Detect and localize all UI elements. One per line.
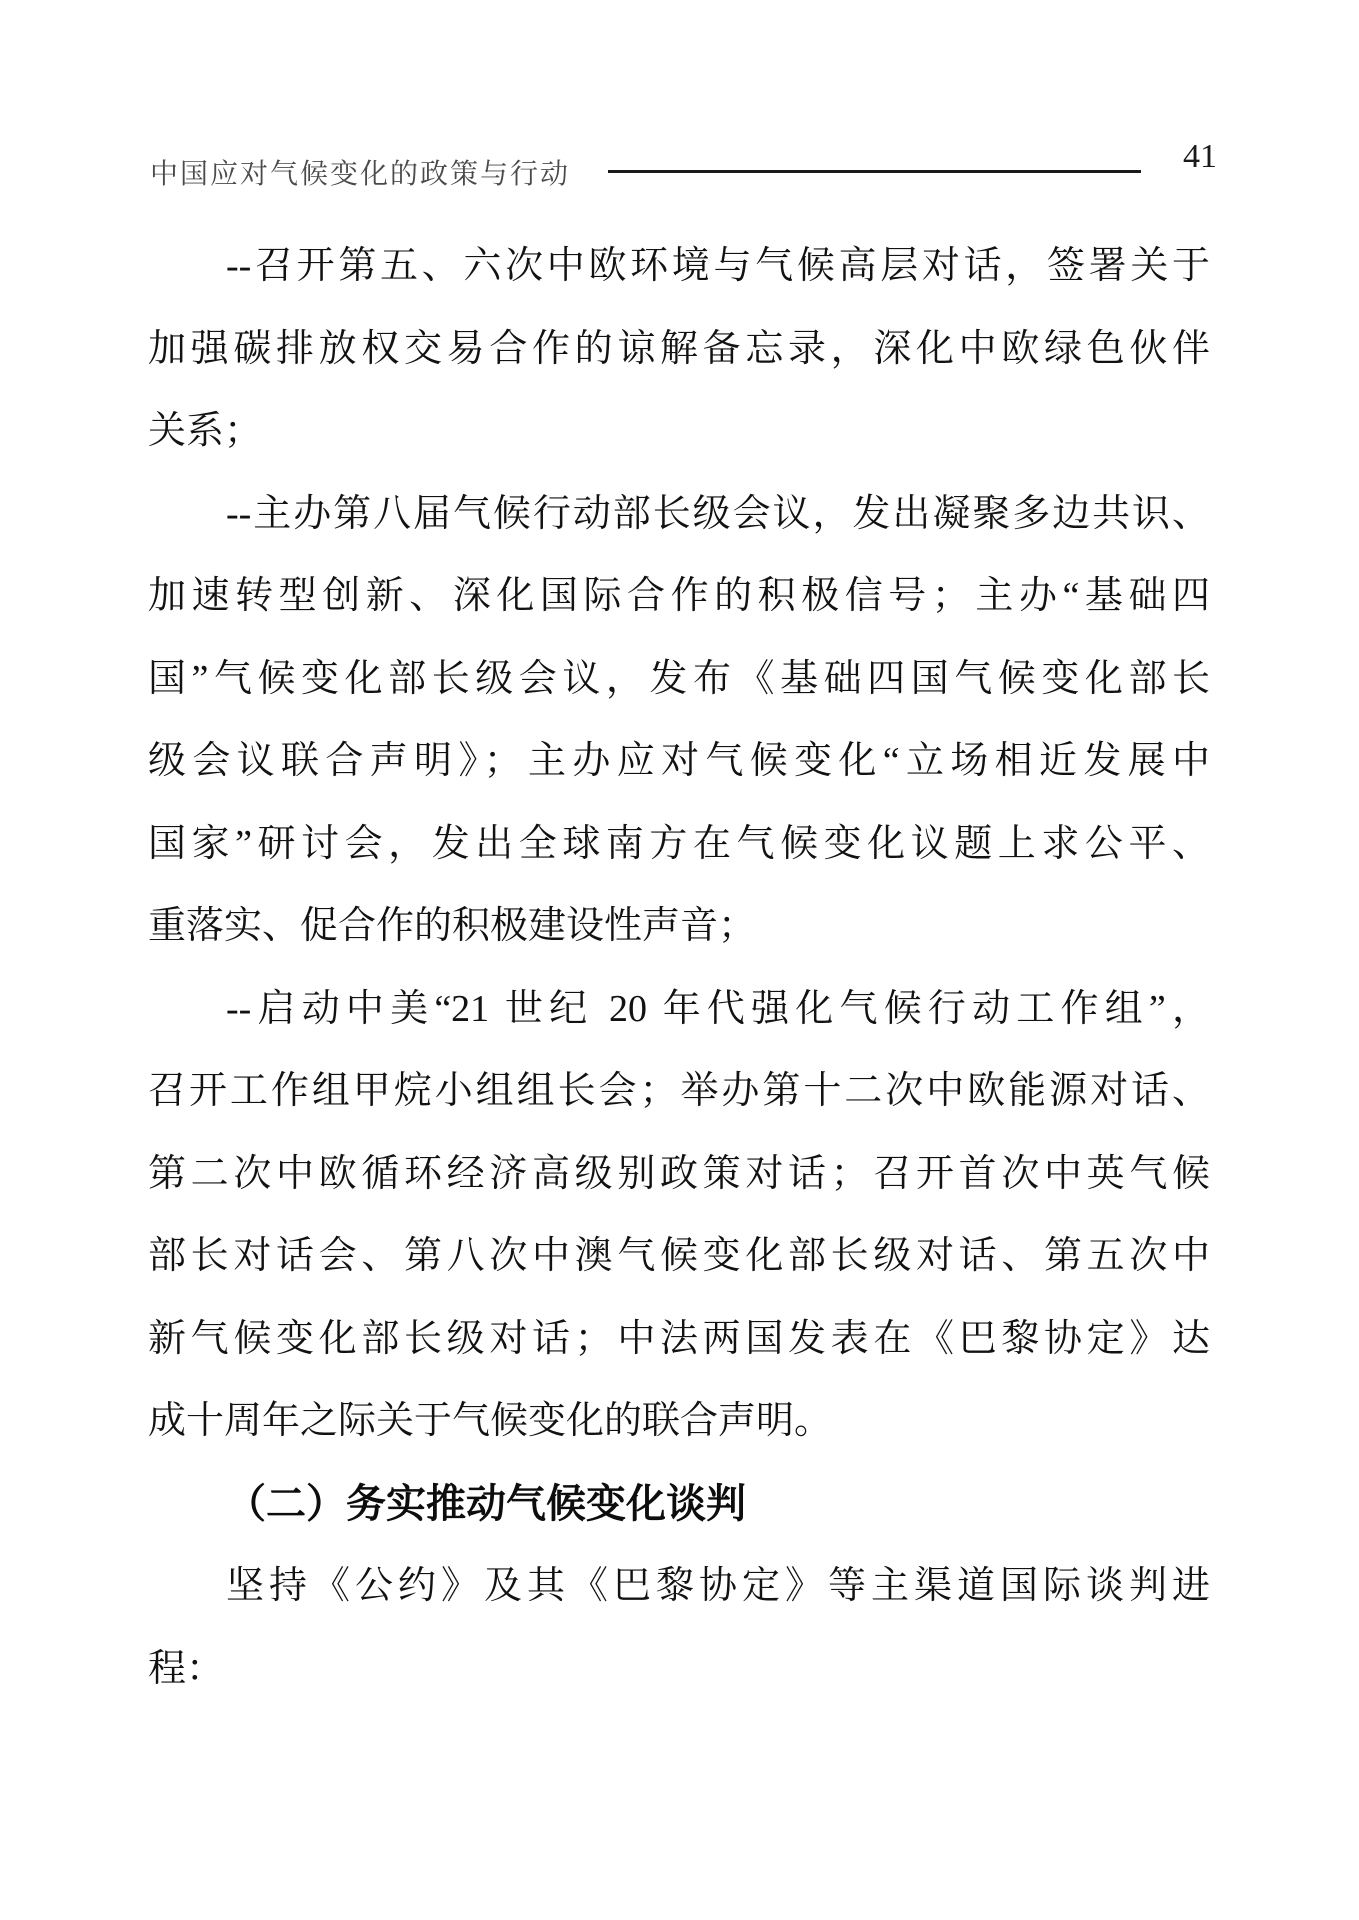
body-line: 加速转型创新、深化国际合作的积极信号；主办“基础四 bbox=[148, 555, 1210, 638]
body-line: 国”气候变化部长级会议，发布《基础四国气候变化部长 bbox=[148, 638, 1210, 721]
body-line: 程： bbox=[148, 1628, 1210, 1711]
body-line: 新气候变化部长级对话；中法两国发表在《巴黎协定》达 bbox=[148, 1298, 1210, 1381]
page-header: 中国应对气候变化的政策与行动 41 bbox=[0, 0, 1359, 200]
body-text: --召开第五、六次中欧环境与气候高层对话，签署关于 加强碳排放权交易合作的谅解备… bbox=[148, 225, 1210, 1710]
page-number: 41 bbox=[1183, 138, 1217, 176]
header-rule-line bbox=[608, 170, 1141, 173]
body-line: 召开工作组甲烷小组组长会；举办第十二次中欧能源对话、 bbox=[148, 1050, 1210, 1133]
body-line: --启动中美“21 世纪 20 年代强化气候行动工作组”， bbox=[148, 968, 1210, 1051]
body-line: 部长对话会、第八次中澳气候变化部长级对话、第五次中 bbox=[148, 1215, 1210, 1298]
body-line: 关系； bbox=[148, 390, 1210, 473]
body-line: --召开第五、六次中欧环境与气候高层对话，签署关于 bbox=[148, 225, 1210, 308]
section-heading: （二）务实推动气候变化谈判 bbox=[148, 1463, 1210, 1546]
body-line: 级会议联合声明》；主办应对气候变化“立场相近发展中 bbox=[148, 720, 1210, 803]
body-line: 重落实、促合作的积极建设性声音； bbox=[148, 885, 1210, 968]
body-line: 加强碳排放权交易合作的谅解备忘录，深化中欧绿色伙伴 bbox=[148, 308, 1210, 391]
body-line: 第二次中欧循环经济高级别政策对话；召开首次中英气候 bbox=[148, 1133, 1210, 1216]
header-title: 中国应对气候变化的政策与行动 bbox=[150, 152, 570, 192]
body-line: 成十周年之际关于气候变化的联合声明。 bbox=[148, 1380, 1210, 1463]
document-page: 中国应对气候变化的政策与行动 41 --召开第五、六次中欧环境与气候高层对话，签… bbox=[0, 0, 1359, 1920]
body-line: 坚持《公约》及其《巴黎协定》等主渠道国际谈判进 bbox=[148, 1545, 1210, 1628]
body-line: --主办第八届气候行动部长级会议，发出凝聚多边共识、 bbox=[148, 473, 1210, 556]
body-line: 国家”研讨会，发出全球南方在气候变化议题上求公平、 bbox=[148, 803, 1210, 886]
